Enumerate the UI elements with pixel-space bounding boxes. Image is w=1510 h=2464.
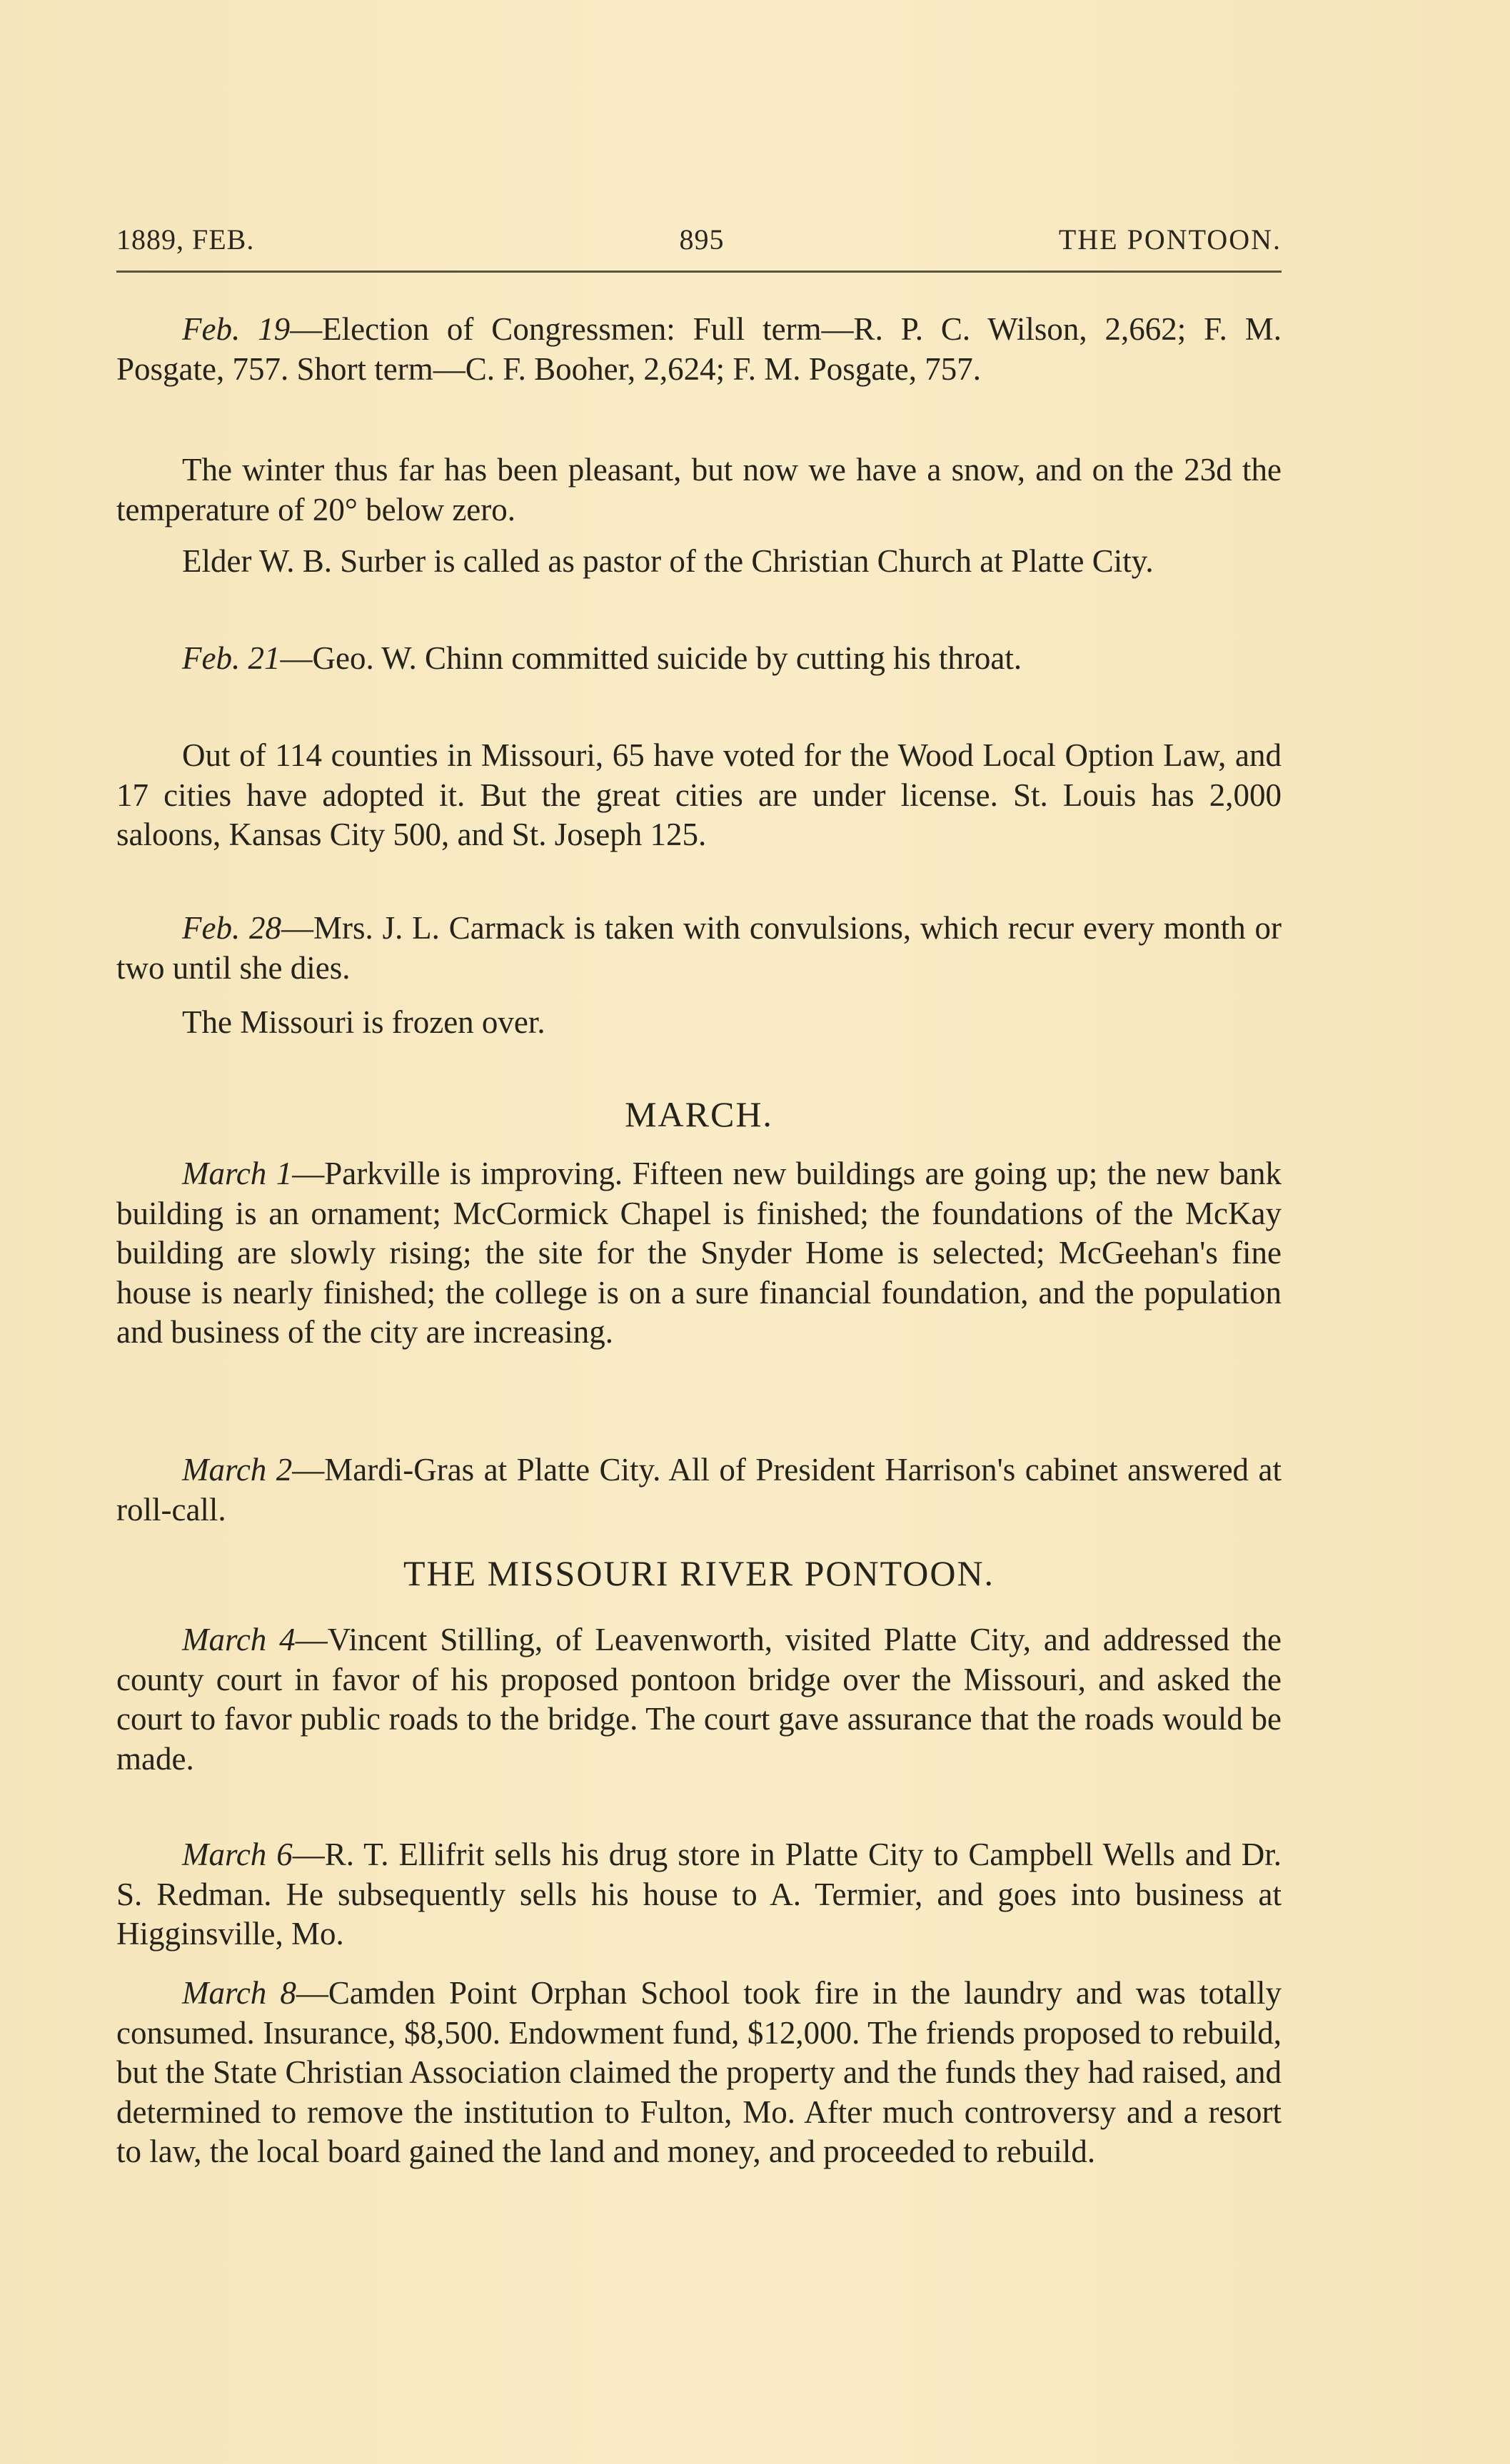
running-head: 1889, FEB. 895 THE PONTOON. <box>116 223 1282 263</box>
entry-text: The winter thus far has been pleasant, b… <box>116 452 1282 527</box>
header-rule <box>116 271 1282 273</box>
entry-text: —Election of Congressmen: Full term—R. P… <box>116 311 1282 387</box>
entry-date: Feb. 28 <box>182 910 281 946</box>
entry-text: Elder W. B. Surber is called as pastor o… <box>182 543 1154 579</box>
paragraph-feb-28: Feb. 28—Mrs. J. L. Carmack is taken with… <box>116 909 1282 988</box>
entry-date: Feb. 21 <box>182 640 280 676</box>
paragraph-feb-21: Feb. 21—Geo. W. Chinn committed suicide … <box>116 639 1282 679</box>
entry-date: March 8 <box>182 1975 296 2011</box>
entry-text: —Mrs. J. L. Carmack is taken with convul… <box>116 910 1282 986</box>
entry-date: Feb. 19 <box>182 311 290 347</box>
paragraph-march-8: March 8—Camden Point Orphan School took … <box>116 1974 1282 2172</box>
paragraph-missouri-frozen: The Missouri is frozen over. <box>116 1003 1282 1043</box>
entry-date: March 6 <box>182 1837 293 1872</box>
paragraph-local-option: Out of 114 counties in Missouri, 65 have… <box>116 736 1282 855</box>
section-heading-pontoon: THE MISSOURI RIVER PONTOON. <box>116 1552 1282 1594</box>
paragraph-winter: The winter thus far has been pleasant, b… <box>116 450 1282 530</box>
running-head-title: THE PONTOON. <box>1059 223 1282 256</box>
paragraph-march-1: March 1—Parkville is improving. Fifteen … <box>116 1154 1282 1353</box>
entry-date: March 1 <box>182 1156 292 1191</box>
section-heading-march: MARCH. <box>116 1094 1282 1135</box>
entry-date: March 4 <box>182 1622 296 1657</box>
paragraph-march-4: March 4—Vincent Stilling, of Leavenworth… <box>116 1620 1282 1779</box>
paragraph-march-2: March 2—Mardi-Gras at Platte City. All o… <box>116 1450 1282 1530</box>
entry-date: March 2 <box>182 1452 292 1488</box>
entry-text: —Geo. W. Chinn committed suicide by cutt… <box>280 640 1022 676</box>
paragraph-feb-19: Feb. 19—Election of Congressmen: Full te… <box>116 310 1282 389</box>
paragraph-march-6: March 6—R. T. Ellifrit sells his drug st… <box>116 1835 1282 1954</box>
entry-text: Out of 114 counties in Missouri, 65 have… <box>116 737 1282 852</box>
entry-text: The Missouri is frozen over. <box>182 1004 545 1040</box>
paragraph-elder-surber: Elder W. B. Surber is called as pastor o… <box>116 542 1282 582</box>
